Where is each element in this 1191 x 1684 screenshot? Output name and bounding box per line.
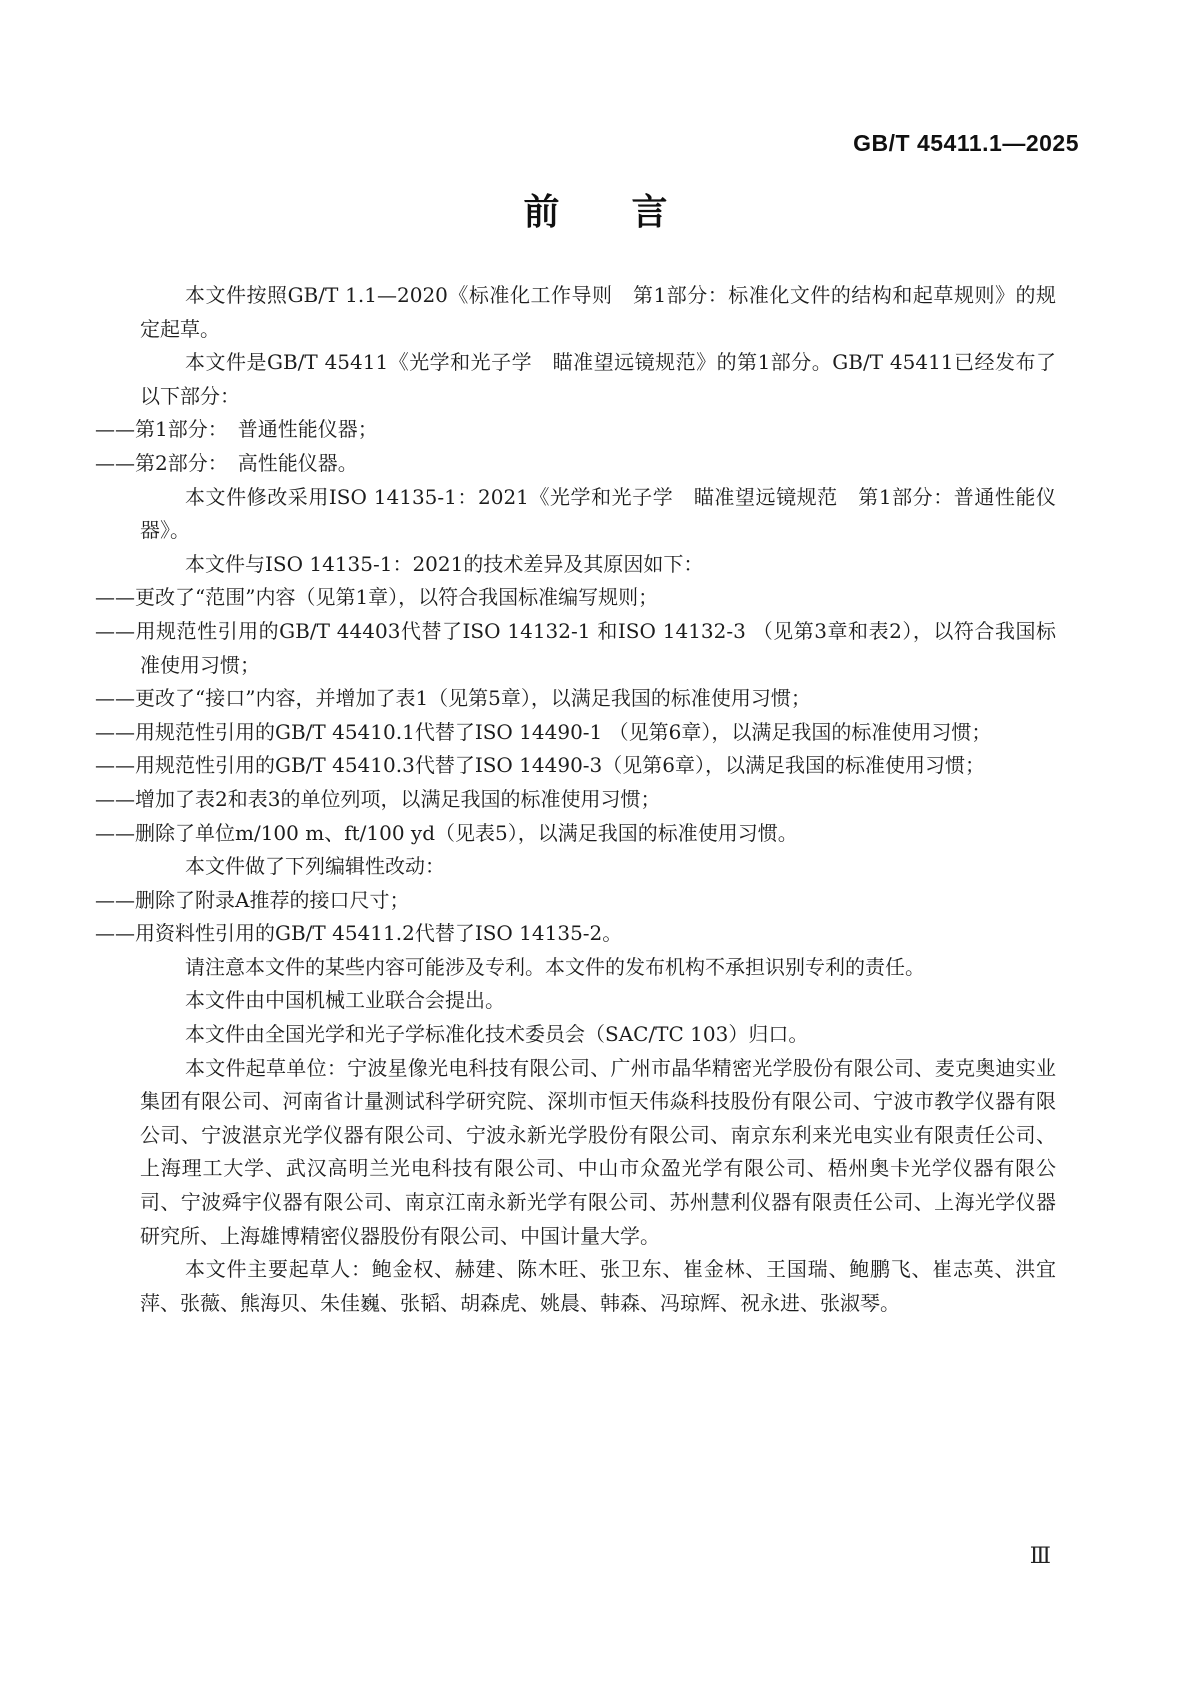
foreword-paragraph: 本文件是GB/T 45411《光学和光子学 瞄准望远镜规范》的第1部分。GB/T…: [140, 346, 1056, 413]
foreword-list-item: ——用规范性引用的GB/T 45410.1代替了ISO 14490-1 （见第6…: [140, 716, 1056, 750]
foreword-paragraph: 本文件按照GB/T 1.1—2020《标准化工作导则 第1部分：标准化文件的结构…: [140, 279, 1056, 346]
foreword-body: 本文件按照GB/T 1.1—2020《标准化工作导则 第1部分：标准化文件的结构…: [140, 279, 1056, 1320]
foreword-paragraph: 本文件做了下列编辑性改动：: [140, 850, 1056, 884]
foreword-paragraph: 本文件由中国机械工业联合会提出。: [140, 984, 1056, 1018]
foreword-paragraph: 本文件主要起草人：鲍金权、赫建、陈木旺、张卫东、崔金林、王国瑞、鲍鹏飞、崔志英、…: [140, 1253, 1056, 1320]
foreword-paragraph: 本文件与ISO 14135-1：2021的技术差异及其原因如下：: [140, 548, 1056, 582]
document-title: 前 言: [0, 184, 1191, 235]
foreword-list-item: ——用规范性引用的GB/T 45410.3代替了ISO 14490-3（见第6章…: [140, 749, 1056, 783]
foreword-paragraph: 请注意本文件的某些内容可能涉及专利。本文件的发布机构不承担识别专利的责任。: [140, 951, 1056, 985]
foreword-list-item: ——第1部分： 普通性能仪器；: [140, 413, 1056, 447]
foreword-list-item: ——更改了“接口”内容，并增加了表1（见第5章），以满足我国的标准使用习惯；: [140, 682, 1056, 716]
foreword-paragraph: 本文件修改采用ISO 14135-1：2021《光学和光子学 瞄准望远镜规范 第…: [140, 481, 1056, 548]
standard-number: GB/T 45411.1—2025: [853, 130, 1079, 157]
foreword-paragraph: 本文件起草单位：宁波星像光电科技有限公司、广州市晶华精密光学股份有限公司、麦克奥…: [140, 1052, 1056, 1254]
foreword-list-item: ——第2部分： 高性能仪器。: [140, 447, 1056, 481]
document-page: GB/T 45411.1—2025 前 言 本文件按照GB/T 1.1—2020…: [0, 0, 1191, 1684]
foreword-list-item: ——删除了单位m/100 m、ft/100 yd（见表5），以满足我国的标准使用…: [140, 817, 1056, 851]
foreword-list-item: ——增加了表2和表3的单位列项，以满足我国的标准使用习惯；: [140, 783, 1056, 817]
page-number: Ⅲ: [1030, 1544, 1051, 1569]
foreword-list-item: ——删除了附录A推荐的接口尺寸；: [140, 884, 1056, 918]
foreword-list-item: ——更改了“范围”内容（见第1章），以符合我国标准编写规则；: [140, 581, 1056, 615]
foreword-list-item: ——用资料性引用的GB/T 45411.2代替了ISO 14135-2。: [140, 917, 1056, 951]
foreword-paragraph: 本文件由全国光学和光子学标准化技术委员会（SAC/TC 103）归口。: [140, 1018, 1056, 1052]
foreword-list-item: ——用规范性引用的GB/T 44403代替了ISO 14132-1 和ISO 1…: [140, 615, 1056, 682]
